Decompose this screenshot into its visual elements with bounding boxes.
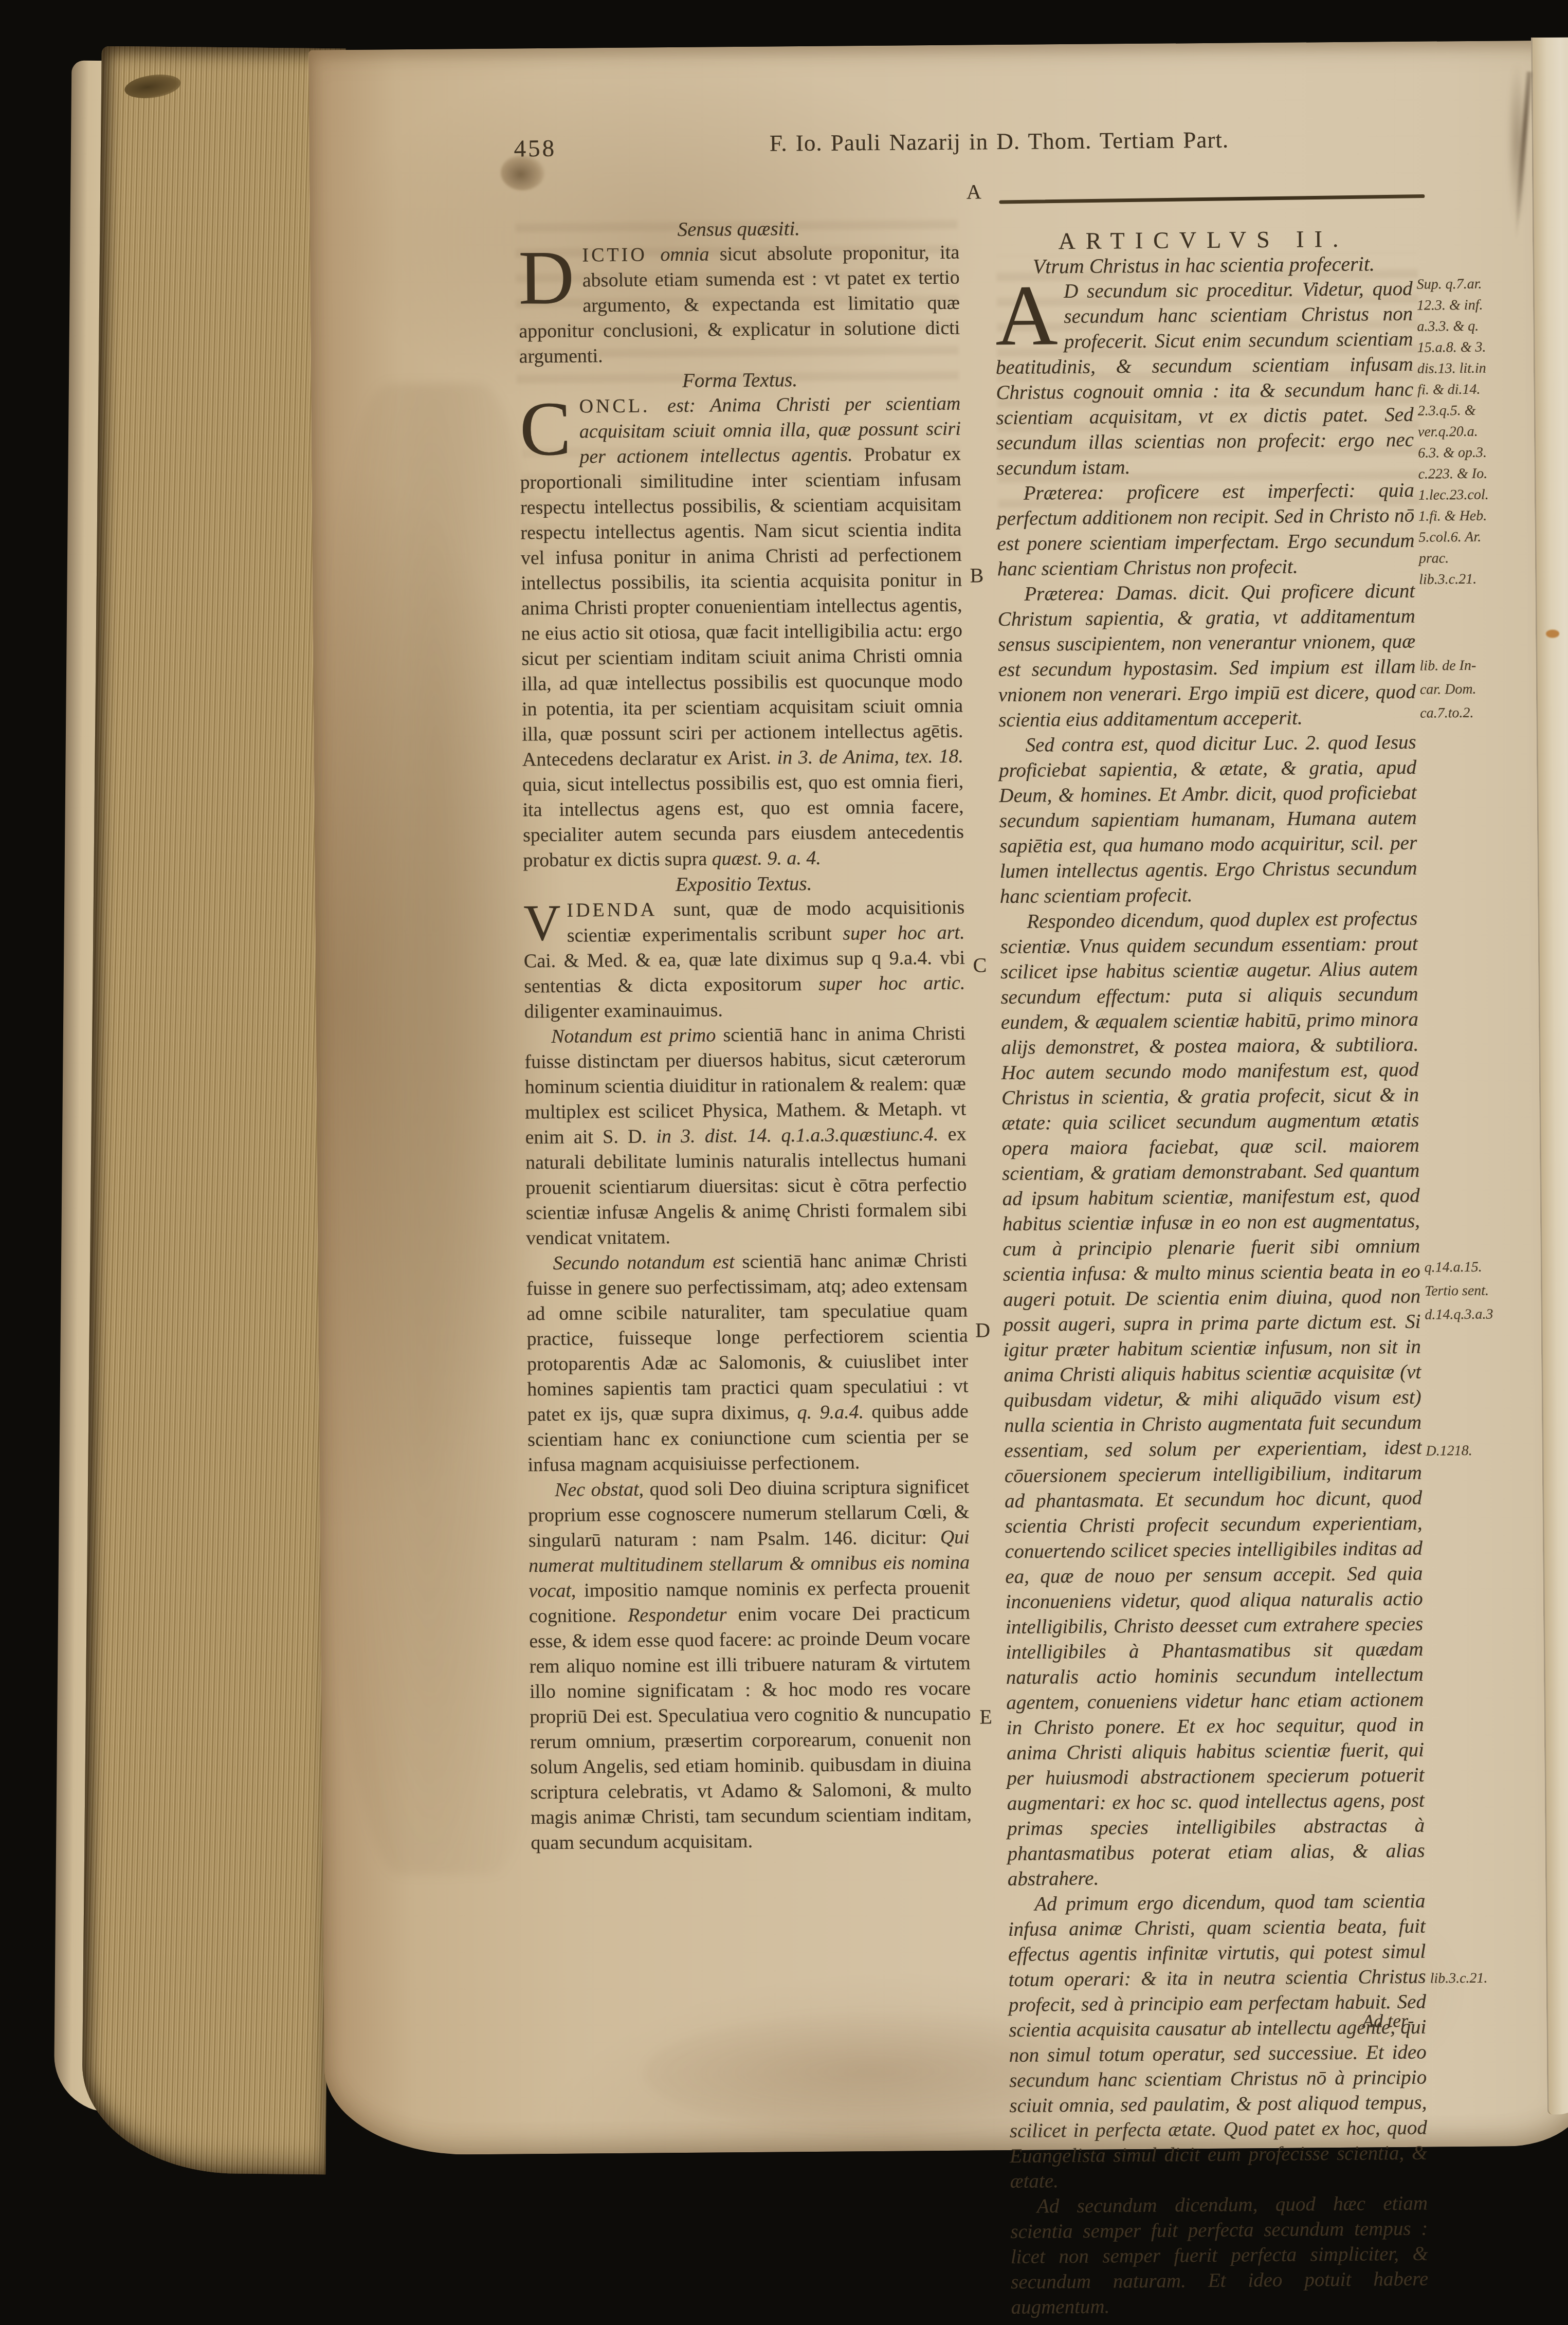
paragraph-secundo-notandum: Secundo notandum est scientiā hanc animæ… xyxy=(526,1248,969,1478)
gutter-letter-c: C xyxy=(964,953,995,977)
text-run: IDENDA xyxy=(567,899,673,921)
paragraph-sed-contra: Sed contra est, quod dicitur Luc. 2. quo… xyxy=(999,730,1418,909)
text-run: Nec obstat xyxy=(555,1479,639,1501)
drop-cap-a: A xyxy=(995,279,1064,349)
photo-backdrop: 458 F. Io. Pauli Nazarij in D. Thom. Ter… xyxy=(0,0,1568,2239)
margin-note-block-1: Sup. q.7.ar. 12.3. & inf. a.3.3. & q. 15… xyxy=(1417,273,1548,590)
text-run: scientiā hanc animæ Christi fuisse in ge… xyxy=(526,1249,969,1426)
drop-cap-c: C xyxy=(519,394,579,460)
paragraph-nec-obstat: Nec obstat, quod soli Deo diuina scriptu… xyxy=(528,1475,972,1856)
book-fore-edge xyxy=(81,46,346,2174)
left-column: Sensus quæsiti. DICTIO omnia sicut absol… xyxy=(518,215,972,1856)
margin-note-block-2: lib. de In- car. Dom. ca.7.to.2. xyxy=(1419,653,1548,725)
gutter-letter-b: B xyxy=(961,563,992,587)
paragraph-praeterea-1: Præterea: proficere est imperfecti: quia… xyxy=(997,478,1415,582)
margin-note-d1218: D.1218. xyxy=(1426,1442,1554,1460)
section-heading-expositio-textus: Expositio Textus. xyxy=(523,870,964,899)
section-heading-vtrum: Vtrum Christus in hac scientia profeceri… xyxy=(995,251,1412,279)
page-number: 458 xyxy=(514,135,556,163)
text-run: ONCL. xyxy=(579,395,667,417)
section-heading-forma-textus: Forma Textus. xyxy=(519,366,960,395)
text-run: Probatur ex proportionali similitudine i… xyxy=(520,443,963,771)
margin-note-block-3: q.14.a.15. Tertio sent. d.14.q.3.a.3 xyxy=(1425,1255,1554,1327)
paragraph-ad-secundum-obj1: AD secundum sic proceditur. Videtur, quo… xyxy=(995,276,1414,481)
catchword: Ad ter- xyxy=(1362,2010,1414,2032)
text-run: enim vocare Dei practicum esse, & idem e… xyxy=(529,1602,972,1854)
section-heading-articulus: ARTICVLVS II. xyxy=(995,226,1412,254)
paragraph-ad-primum: Ad primum ergo dicendum, quod tam scient… xyxy=(1008,1888,1428,2194)
gutter-letter-d: D xyxy=(967,1318,998,1342)
text-run: q. 9.a.4. xyxy=(797,1401,864,1423)
drop-cap-v: V xyxy=(523,898,567,945)
text-run: diligenter examinauimus. xyxy=(524,999,723,1022)
right-column: ARTICVLVS II. Vtrum Christus in hac scie… xyxy=(995,226,1429,2239)
paragraph-conclusio: CONCL. est: Anima Christi per scientiam … xyxy=(519,391,964,874)
gutter-letter-e: E xyxy=(970,1704,1001,1729)
running-title: F. Io. Pauli Nazarij in D. Thom. Tertiam… xyxy=(726,126,1271,157)
drop-cap-d: D xyxy=(518,243,582,308)
header-rule xyxy=(999,194,1425,204)
book-page: 458 F. Io. Pauli Nazarij in D. Thom. Ter… xyxy=(308,40,1568,2155)
text-run: ICTIO xyxy=(582,244,660,266)
paragraph-ad-secundum-reply: Ad secundum dicendum, quod hæc etiam sci… xyxy=(1010,2191,1429,2239)
paragraph-dictio: DICTIO omnia sicut absolute proponitur, … xyxy=(518,240,960,370)
text-run: quæst. 9. a. 4. xyxy=(712,847,821,870)
paragraph-respondeo: Respondeo dicendum, quod duplex est prof… xyxy=(1000,906,1425,1892)
paragraph-videnda: VIDENDA sunt, quæ de modo acquisitionis … xyxy=(523,895,965,1025)
text-run: super hoc art. xyxy=(843,922,964,944)
paragraph-praeterea-2: Præterea: Damas. dicit. Qui proficere di… xyxy=(997,578,1416,733)
text-run: in 3. de Anima, tex. 18. xyxy=(777,746,963,769)
text-run: Secundo notandum est xyxy=(553,1251,734,1274)
margin-note-lib3c21: lib.3.c.21. xyxy=(1430,1970,1558,1987)
page-crease xyxy=(1512,71,1534,241)
text-run: super hoc artic. xyxy=(818,972,965,995)
text-run: in 3. dist. 14. q.1.a.3.quæstiunc.4. xyxy=(656,1123,939,1147)
text-run: Notandum est primo xyxy=(551,1024,716,1047)
text-run: omnia xyxy=(660,244,709,266)
paragraph-notandum-primo: Notandum est primo scientiā hanc in anim… xyxy=(524,1021,967,1251)
section-heading-sensus: Sensus quæsiti. xyxy=(518,215,959,244)
gutter-letter-a: A xyxy=(958,179,989,204)
text-run: Respondetur xyxy=(628,1604,726,1626)
